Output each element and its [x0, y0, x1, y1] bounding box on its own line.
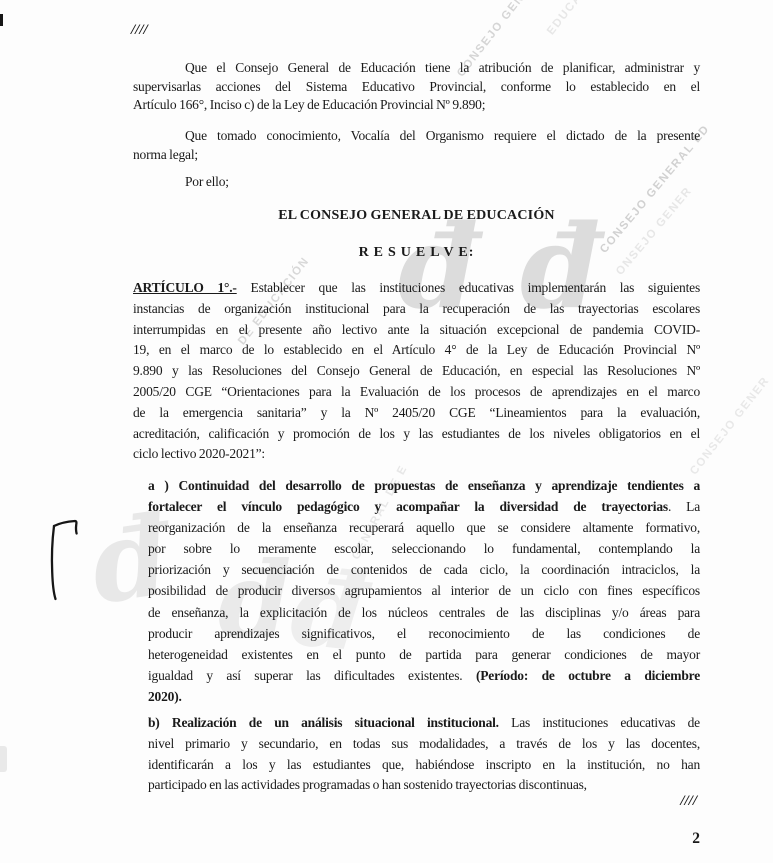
continuation-slashes-top: //// — [131, 22, 148, 39]
article-1-paragraph: ARTÍCULO 1°.- Establecer que las institu… — [133, 278, 700, 465]
doc-line: 2005/20 CGE “Orientaciones para la Evalu… — [133, 382, 700, 403]
page-number: 2 — [692, 830, 700, 848]
intro-paragraph-2: Que tomado conocimiento, Vocalía del Org… — [133, 127, 700, 164]
doc-line: R E S U E L V E: — [133, 243, 700, 263]
doc-line: Que el Consejo General de Educación tien… — [133, 59, 700, 78]
doc-line: posibilidad de producir diversos agrupam… — [148, 580, 700, 601]
doc-line: Por ello; — [185, 173, 485, 191]
doc-line: producir aprendizajes significativos, el… — [148, 623, 700, 644]
doc-line: heterogeneidad existentes en el punto de… — [148, 644, 700, 665]
doc-line: fortalecer el vínculo pedagógico y acomp… — [148, 496, 700, 517]
doc-line: instancias de organización institucional… — [133, 299, 700, 320]
doc-line: 9.890 y las Resoluciones del Consejo Gen… — [133, 361, 700, 382]
doc-line: priorización y secuenciación de contenid… — [148, 559, 700, 580]
intro-paragraph-1: Que el Consejo General de Educación tien… — [133, 59, 700, 115]
item-a-paragraph: a ) Continuidad del desarrollo de propue… — [148, 475, 700, 707]
doc-line: Que tomado conocimiento, Vocalía del Org… — [133, 127, 700, 146]
doc-line: acreditación, calificación y promoción d… — [133, 424, 700, 445]
scanned-document-page: CONSEJO GENERAEDUCACCONSEJO GENERAL EDON… — [0, 0, 773, 863]
handwritten-pen-mark — [46, 512, 86, 607]
document-body: //// //// 2 Que el Consejo General de Ed… — [0, 0, 773, 863]
doc-line: de la emergencia sanitaria” y la Nº 2405… — [133, 403, 700, 424]
doc-line: norma legal; — [133, 146, 700, 165]
doc-line: EL CONSEJO GENERAL DE EDUCACIÓN — [133, 206, 700, 226]
resolution-body-heading: EL CONSEJO GENERAL DE EDUCACIÓN — [133, 206, 700, 226]
doc-line: b) Realización de un análisis situaciona… — [148, 713, 700, 734]
doc-line: por sobre lo meramente escolar, seleccio… — [148, 538, 700, 559]
doc-line: interrumpidas en el presente año lectivo… — [133, 320, 700, 341]
doc-line: a ) Continuidad del desarrollo de propue… — [148, 475, 700, 496]
por-ello-line: Por ello; — [185, 173, 485, 191]
doc-line: identificarán a los y las estudiantes qu… — [148, 755, 700, 776]
item-b-paragraph: b) Realización de un análisis situaciona… — [148, 713, 700, 796]
resuelve-heading: R E S U E L V E: — [133, 243, 700, 263]
doc-line: participado en las actividades programad… — [148, 775, 700, 796]
doc-line: supervisarlas acciones del Sistema Educa… — [133, 78, 700, 97]
doc-line: ARTÍCULO 1°.- Establecer que las institu… — [133, 278, 700, 299]
doc-line: Artículo 166°, Inciso c) de la Ley de Ed… — [133, 96, 700, 115]
doc-line: reorganización de la enseñanza recuperar… — [148, 517, 700, 538]
scan-edge-artifact — [0, 14, 3, 26]
doc-line: 19, en el marco de lo establecido en el … — [133, 340, 700, 361]
doc-line: ciclo lectivo 2020-2021”: — [133, 444, 700, 465]
doc-line: nivel primario y secundario, en todas su… — [148, 734, 700, 755]
doc-line: igualdad y así superar las dificultades … — [148, 665, 700, 686]
doc-line: de enseñanza, la explicitación de los nú… — [148, 602, 700, 623]
doc-line: 2020). — [148, 686, 700, 707]
